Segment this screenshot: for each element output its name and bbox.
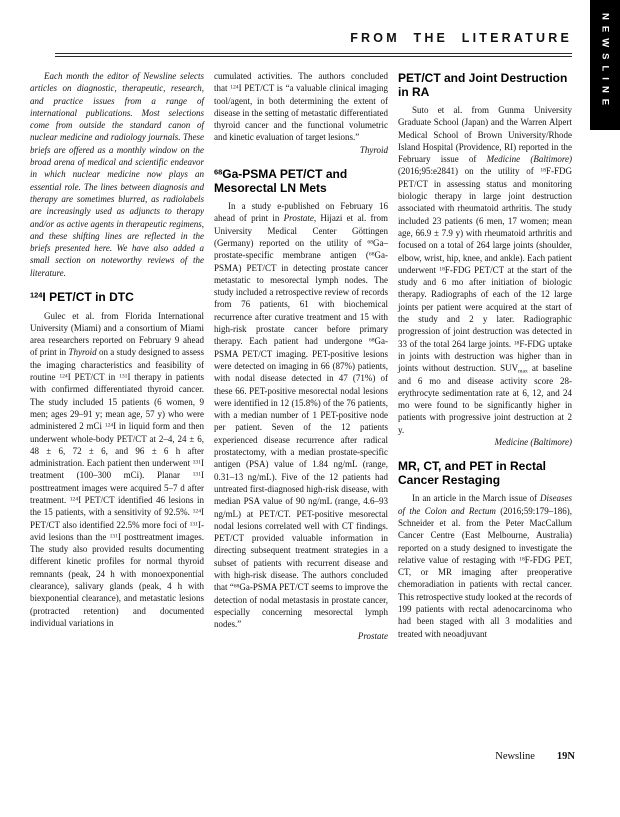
newsline-spine-tab: NEWSLINE [590, 0, 620, 130]
article-columns: Each month the editor of Newsline select… [30, 70, 572, 645]
heading-68ga-psma-mesorectal: 68Ga-PSMA PET/CT and Mesorectal LN Mets [214, 168, 388, 195]
page-footer: Newsline19N [495, 751, 575, 762]
heading-124i-petct-in-dtc: 124I PET/CT in DTC [30, 291, 204, 305]
page-title: FROM THE LITERATURE [350, 31, 572, 45]
paragraph-124i-petct-dtc-continued: cumulated activities. The authors conclu… [214, 70, 388, 144]
paragraph-mr-ct-pet-rectal-restaging: In an article in the March issue of Dise… [398, 492, 572, 640]
footer-journal-name: Newsline [495, 751, 535, 762]
journal-attribution-medicine-baltimore: Medicine (Baltimore) [398, 436, 572, 448]
column-2: cumulated activities. The authors conclu… [214, 70, 388, 645]
journal-page: NEWSLINE FROM THE LITERATURE Each month … [0, 0, 620, 817]
heading-petct-joint-destruction-ra: PET/CT and Joint Destruction in RA [398, 72, 572, 99]
heading-mr-ct-pet-rectal-restaging: MR, CT, and PET in Rectal Cancer Restagi… [398, 460, 572, 487]
paragraph-124i-petct-dtc: Gulec et al. from Florida International … [30, 310, 204, 630]
header-double-rule [55, 53, 572, 57]
paragraph-petct-joint-destruction-ra: Suto et al. from Gunma University Gradua… [398, 104, 572, 436]
paragraph-68ga-psma-mesorectal: In a study e-published on February 16 ah… [214, 200, 388, 630]
column-3: PET/CT and Joint Destruction in RA Suto … [398, 70, 572, 645]
journal-attribution-thyroid: Thyroid [214, 144, 388, 156]
footer-page-number: 19N [557, 751, 575, 762]
editor-intro-paragraph: Each month the editor of Newsline select… [30, 70, 204, 279]
column-1: Each month the editor of Newsline select… [30, 70, 204, 645]
journal-attribution-prostate: Prostate [214, 630, 388, 642]
newsline-spine-label: NEWSLINE [600, 13, 611, 130]
